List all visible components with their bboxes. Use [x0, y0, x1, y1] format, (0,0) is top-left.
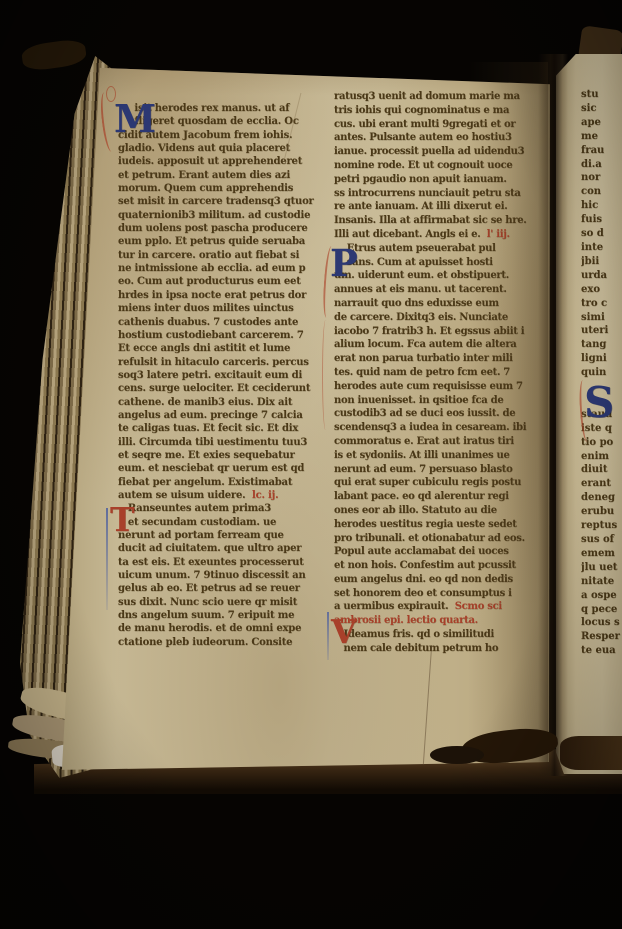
illuminated-initial-m: M: [114, 100, 156, 138]
text-line: hrdes in ipsa nocte erat petrus dor: [118, 289, 332, 302]
text-line: refulsit in hitaculo carceris. percus: [118, 356, 332, 369]
text-line: angelus ad eum. precinge 7 calcia: [118, 409, 332, 422]
text-line: cathene. de manib3 eius. Dix ait: [118, 396, 332, 409]
text-line: pro tribunali. et otionabatur ad eos.: [334, 532, 546, 546]
edge-damage: [560, 736, 622, 770]
text-line: tur in carcere. oratio aut fiebat si: [118, 249, 332, 262]
text-line: a uermibus expirauit. Scmo sci: [334, 600, 546, 614]
text-line: de manu herodis. et de omni expe: [118, 622, 332, 635]
text-line: eum. et nesciebat qr uerum est qd: [118, 462, 332, 475]
text-line-fragment: di.a: [581, 158, 622, 172]
text-line: Insanis. Illa at affirmabat sic se hre.: [334, 214, 546, 228]
text-line: re ante ianuam. At illi dixerut ei.: [334, 200, 546, 214]
text-line: nomine rode. Et ut cognouit uoce: [334, 159, 546, 173]
text-line: et seqre me. Et exies sequebatur: [118, 449, 332, 462]
text-line: autem se uisum uidere. lc. ij.: [118, 489, 332, 502]
text-line-fragment: uteri: [581, 324, 622, 338]
text-line-fragment: ape: [581, 116, 622, 130]
illuminated-initial-p: P: [330, 245, 358, 282]
text-line: miens inter duos milites uinctus: [118, 302, 332, 315]
text-line: dum uolens post pascha producere: [118, 222, 332, 235]
text-line: ambrosii epi. lectio quarta.: [334, 614, 546, 628]
text-line: gelus ab eo. Et petrus ad se reuer: [118, 582, 332, 595]
text-column-next-page: stusicapemefraudi.anorconhicfuisso dinte…: [581, 88, 622, 664]
text-line-fragment: locus s: [581, 616, 622, 630]
text-line-fragment: tang: [581, 338, 622, 352]
text-line-fragment: so d: [581, 227, 622, 241]
text-line: et secundam custodiam. ue: [118, 516, 332, 529]
text-line: Ranseuntes autem prima3: [118, 502, 332, 515]
text-line-fragment: nor: [581, 171, 622, 185]
text-line: hostium custodiebant carcerem. 7: [118, 329, 332, 342]
text-line: commoratus e. Erat aut iratus tiri: [334, 435, 546, 449]
text-line-fragment: urda: [581, 269, 622, 283]
text-line-fragment: con: [581, 185, 622, 199]
illuminated-initial-t: T: [110, 503, 135, 536]
text-line-fragment: deneg: [581, 491, 622, 505]
text-line: et non hois. Confestim aut pcussit: [334, 559, 546, 573]
text-line: ne intmissione ab ecclia. ad eum p: [118, 262, 332, 275]
text-line-fragment: me: [581, 130, 622, 144]
text-line: ducit ad ciuitatem. que ultro aper: [118, 542, 332, 555]
text-line: quaternionib3 militum. ad custodie: [118, 209, 332, 222]
text-line: de carcere. Dixitq3 eis. Nunciate: [334, 311, 546, 325]
text-line-fragment: stu: [581, 88, 622, 102]
text-line: Etrus autem pseuerabat pul: [334, 242, 546, 256]
manuscript-photo: isit herodes rex manus. ut af fligeret q…: [0, 0, 622, 929]
text-line: cus. ubi erant multi 9gregati et or: [334, 118, 546, 132]
text-line: custodib3 ad se duci eos iussit. de: [334, 407, 546, 421]
text-line: ones eor ab illo. Statuto au die: [334, 504, 546, 518]
text-line: alium locum. Fca autem die altera: [334, 338, 546, 352]
text-line: antes. Pulsante autem eo hostiu3: [334, 131, 546, 145]
text-line: iudeis. apposuit ut apprehenderet: [118, 155, 332, 168]
text-line: nerunt ad portam ferream que: [118, 529, 332, 542]
text-line: te caligas tuas. Et fecit sic. Et dix: [118, 422, 332, 435]
text-line-fragment: nitate: [581, 575, 622, 589]
text-line-fragment: sus of: [581, 533, 622, 547]
text-line-fragment: simi: [581, 311, 622, 325]
edge-damage: [430, 746, 484, 764]
text-line: is et sydoniis. At illi unanimes ue: [334, 449, 546, 463]
text-line: um. uiderunt eum. et obstipuert.: [334, 269, 546, 283]
text-line-fragment: inte: [581, 241, 622, 255]
text-line-fragment: reptus: [581, 519, 622, 533]
text-line: nem cale debitum petrum ho: [334, 642, 546, 656]
text-line-fragment: erubu: [581, 505, 622, 519]
text-line: sans. Cum at apuisset hosti: [334, 256, 546, 270]
text-line: fiebat per angelum. Existimabat: [118, 476, 332, 489]
text-line: tris iohis qui cognominatus e ma: [334, 104, 546, 118]
text-line: non inuenisset. in qsitioe fca de: [334, 394, 546, 408]
text-line: morum. Quem cum apprehendis: [118, 182, 332, 195]
text-line: tes. quid nam de petro fcm eet. 7: [334, 366, 546, 380]
text-line-fragment: exo: [581, 283, 622, 297]
text-line-fragment: enim: [581, 450, 622, 464]
text-line: eo. Cum aut producturus eum eet: [118, 275, 332, 288]
text-line-fragment: frau: [581, 144, 622, 158]
text-line: Et ecce angls dni astitit et lume: [118, 342, 332, 355]
text-line-fragment: tro c: [581, 297, 622, 311]
text-line-fragment: te eua: [581, 644, 622, 658]
text-line: ta est eis. Et exeuntes processerut: [118, 556, 332, 569]
text-line: herodes uestitus regia ueste sedet: [334, 518, 546, 532]
text-line: Popul aute acclamabat dei uoces: [334, 545, 546, 559]
text-line: gladio. Videns aut quia placeret: [118, 142, 332, 155]
text-line: scendensq3 a iudea in cesaream. ibi: [334, 421, 546, 435]
text-line: set honorem deo et consumptus i: [334, 587, 546, 601]
text-line-fragment: sic: [581, 102, 622, 116]
text-line: ctatione pleb iudeorum. Consite: [118, 636, 332, 649]
text-line-fragment: tio po: [581, 436, 622, 450]
text-line-fragment: emem: [581, 547, 622, 561]
text-line-fragment: ligni: [581, 352, 622, 366]
text-line-fragment: hic: [581, 199, 622, 213]
text-line: set misit in carcere tradensq3 qtuor: [118, 195, 332, 208]
illuminated-initial-v: V: [331, 615, 357, 648]
text-line-fragment: a ospe: [581, 589, 622, 603]
illuminated-initial-s: S: [584, 382, 614, 424]
text-line: Illi aut dicebant. Angls ei e. l' iij.: [334, 228, 546, 242]
text-line-fragment: Resper: [581, 630, 622, 644]
text-line: dns angelum suum. 7 eripuit me: [118, 609, 332, 622]
text-line-fragment: diuit: [581, 463, 622, 477]
text-line: ianue. processit puella ad uidendu3: [334, 145, 546, 159]
text-line: soq3 latere petri. excitauit eum di: [118, 369, 332, 382]
text-line: annues at eis manu. ut tacerent.: [334, 283, 546, 297]
text-line: ratusq3 uenit ad domum marie ma: [334, 90, 546, 104]
text-line: cens. surge uelociter. Et ceciderunt: [118, 382, 332, 395]
text-line: qui erat super cubiculu regis postu: [334, 476, 546, 490]
text-line: petri pgaudio non apuit ianuam.: [334, 173, 546, 187]
text-line: herodes aute cum requisisse eum 7: [334, 380, 546, 394]
text-column-left: isit herodes rex manus. ut af fligeret q…: [118, 102, 332, 654]
text-line: Ideamus fris. qd o similitudi: [334, 628, 546, 642]
text-column-right: ratusq3 uenit ad domum marie matris iohi…: [334, 90, 546, 660]
text-line: erat non parua turbatio inter mili: [334, 352, 546, 366]
text-line: et petrum. Erant autem dies azi: [118, 169, 332, 182]
text-line: ss introcurrens nunciauit petru sta: [334, 187, 546, 201]
headband-top-left: [21, 38, 88, 73]
text-line-fragment: erant: [581, 477, 622, 491]
text-line-fragment: q pece: [581, 603, 622, 617]
text-line: illi. Circumda tibi uestimentu tuu3: [118, 436, 332, 449]
text-line-fragment: jlu uet: [581, 561, 622, 575]
text-line: narrauit quo dns eduxisse eum: [334, 297, 546, 311]
text-line: eum pplo. Et petrus quide seruaba: [118, 235, 332, 248]
text-line: nerunt ad eum. 7 persuaso blasto: [334, 463, 546, 477]
text-line: cathenis duabus. 7 custodes ante: [118, 316, 332, 329]
text-line: uicum unum. 7 9tinuo discessit an: [118, 569, 332, 582]
text-line-fragment: fuis: [581, 213, 622, 227]
text-line-fragment: jbii: [581, 255, 622, 269]
text-line: labant pace. eo qd alerentur regi: [334, 490, 546, 504]
text-line: sus dixit. Nunc scio uere qr misit: [118, 596, 332, 609]
text-line: iacobo 7 fratrib3 h. Et egssus abiit i: [334, 325, 546, 339]
text-line: eum angelus dni. eo qd non dedis: [334, 573, 546, 587]
